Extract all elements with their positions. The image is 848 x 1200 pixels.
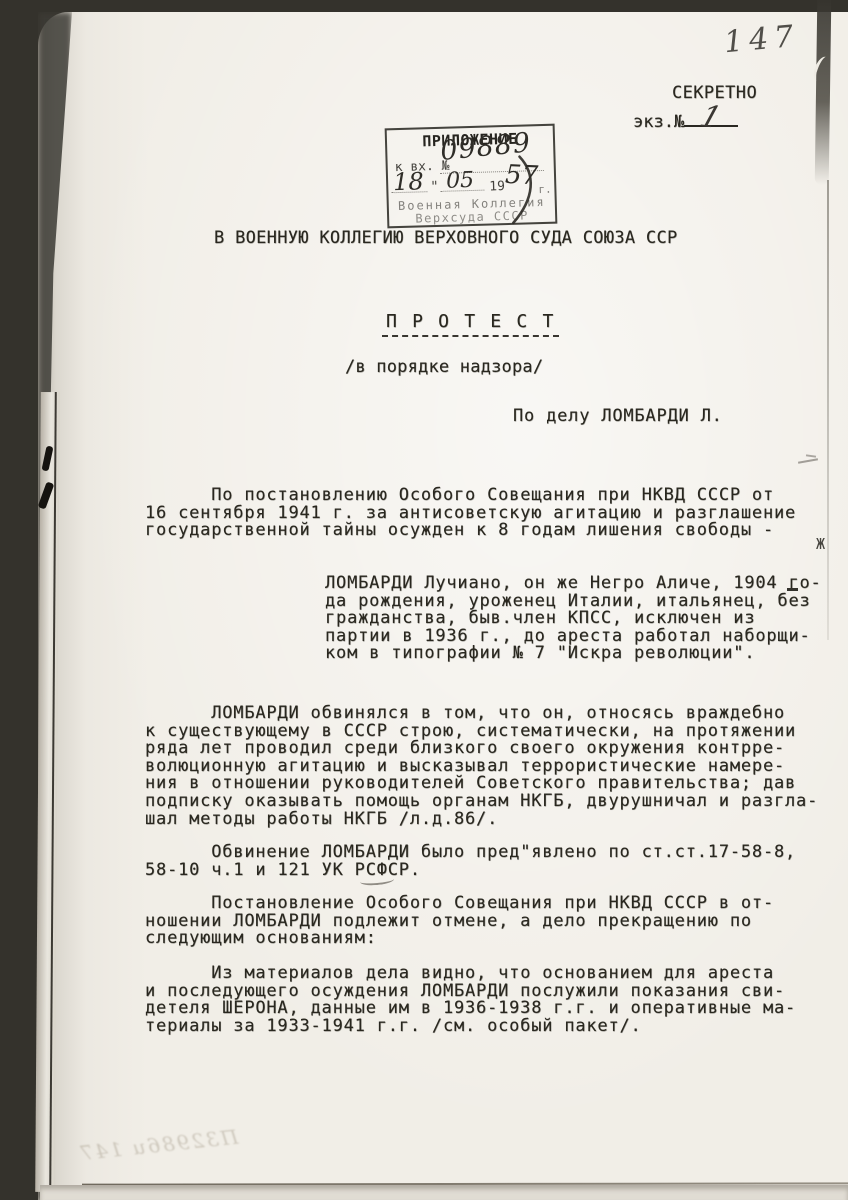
stamp-quote-mark: ": [430, 179, 439, 195]
adjacent-page-shadow: [815, 0, 832, 185]
stray-dash-mark: [787, 588, 798, 591]
paragraph-sentencing: По постановлению Особого Совещания при Н…: [145, 487, 845, 540]
paragraph-charges: Обвинение ЛОМБАРДИ было пред"явлено по с…: [145, 844, 845, 879]
scanned-document-page: 147 СЕКРЕТНО экз.№ 1 ПРИЛОЖЕНИЕ к вх. № …: [0, 0, 848, 1200]
paragraph-annulment: Постановление Особого Совещания при НКВД…: [145, 895, 845, 948]
document-title: П Р О Т Е С Т: [382, 311, 559, 337]
paragraph-accusation: ЛОМБАРДИ обвинялся в том, что он, относя…: [145, 705, 845, 828]
addressee-line: В ВОЕННУЮ КОЛЛЕГИЮ ВЕРХОВНОГО СУДА СОЮЗА…: [214, 228, 678, 248]
paragraph-defendant-details: ЛОМБАРДИ Лучиано, он же Негро Аличе, 190…: [325, 575, 845, 663]
case-reference-line: По делу ЛОМБАРДИ Л.: [513, 406, 723, 426]
handwritten-sheet-number: 147: [723, 19, 801, 60]
title-subtitle: /в порядке надзора/: [345, 357, 543, 377]
handwritten-day: 18: [393, 167, 424, 196]
scanner-background: [40, 1185, 848, 1200]
stray-ink-mark: Ж: [816, 535, 824, 553]
registration-stamp: ПРИЛОЖЕНИЕ к вх. № 09889 18 " 05 19 57 г…: [385, 124, 558, 229]
right-page-edge-line: [827, 180, 829, 640]
paragraph-case-materials: Из материалов дела видно, что основанием…: [145, 965, 845, 1035]
copy-label: экз.№: [633, 112, 684, 132]
copy-number-line: экз.№ 1: [633, 112, 738, 132]
handwritten-month: 05: [446, 168, 475, 194]
